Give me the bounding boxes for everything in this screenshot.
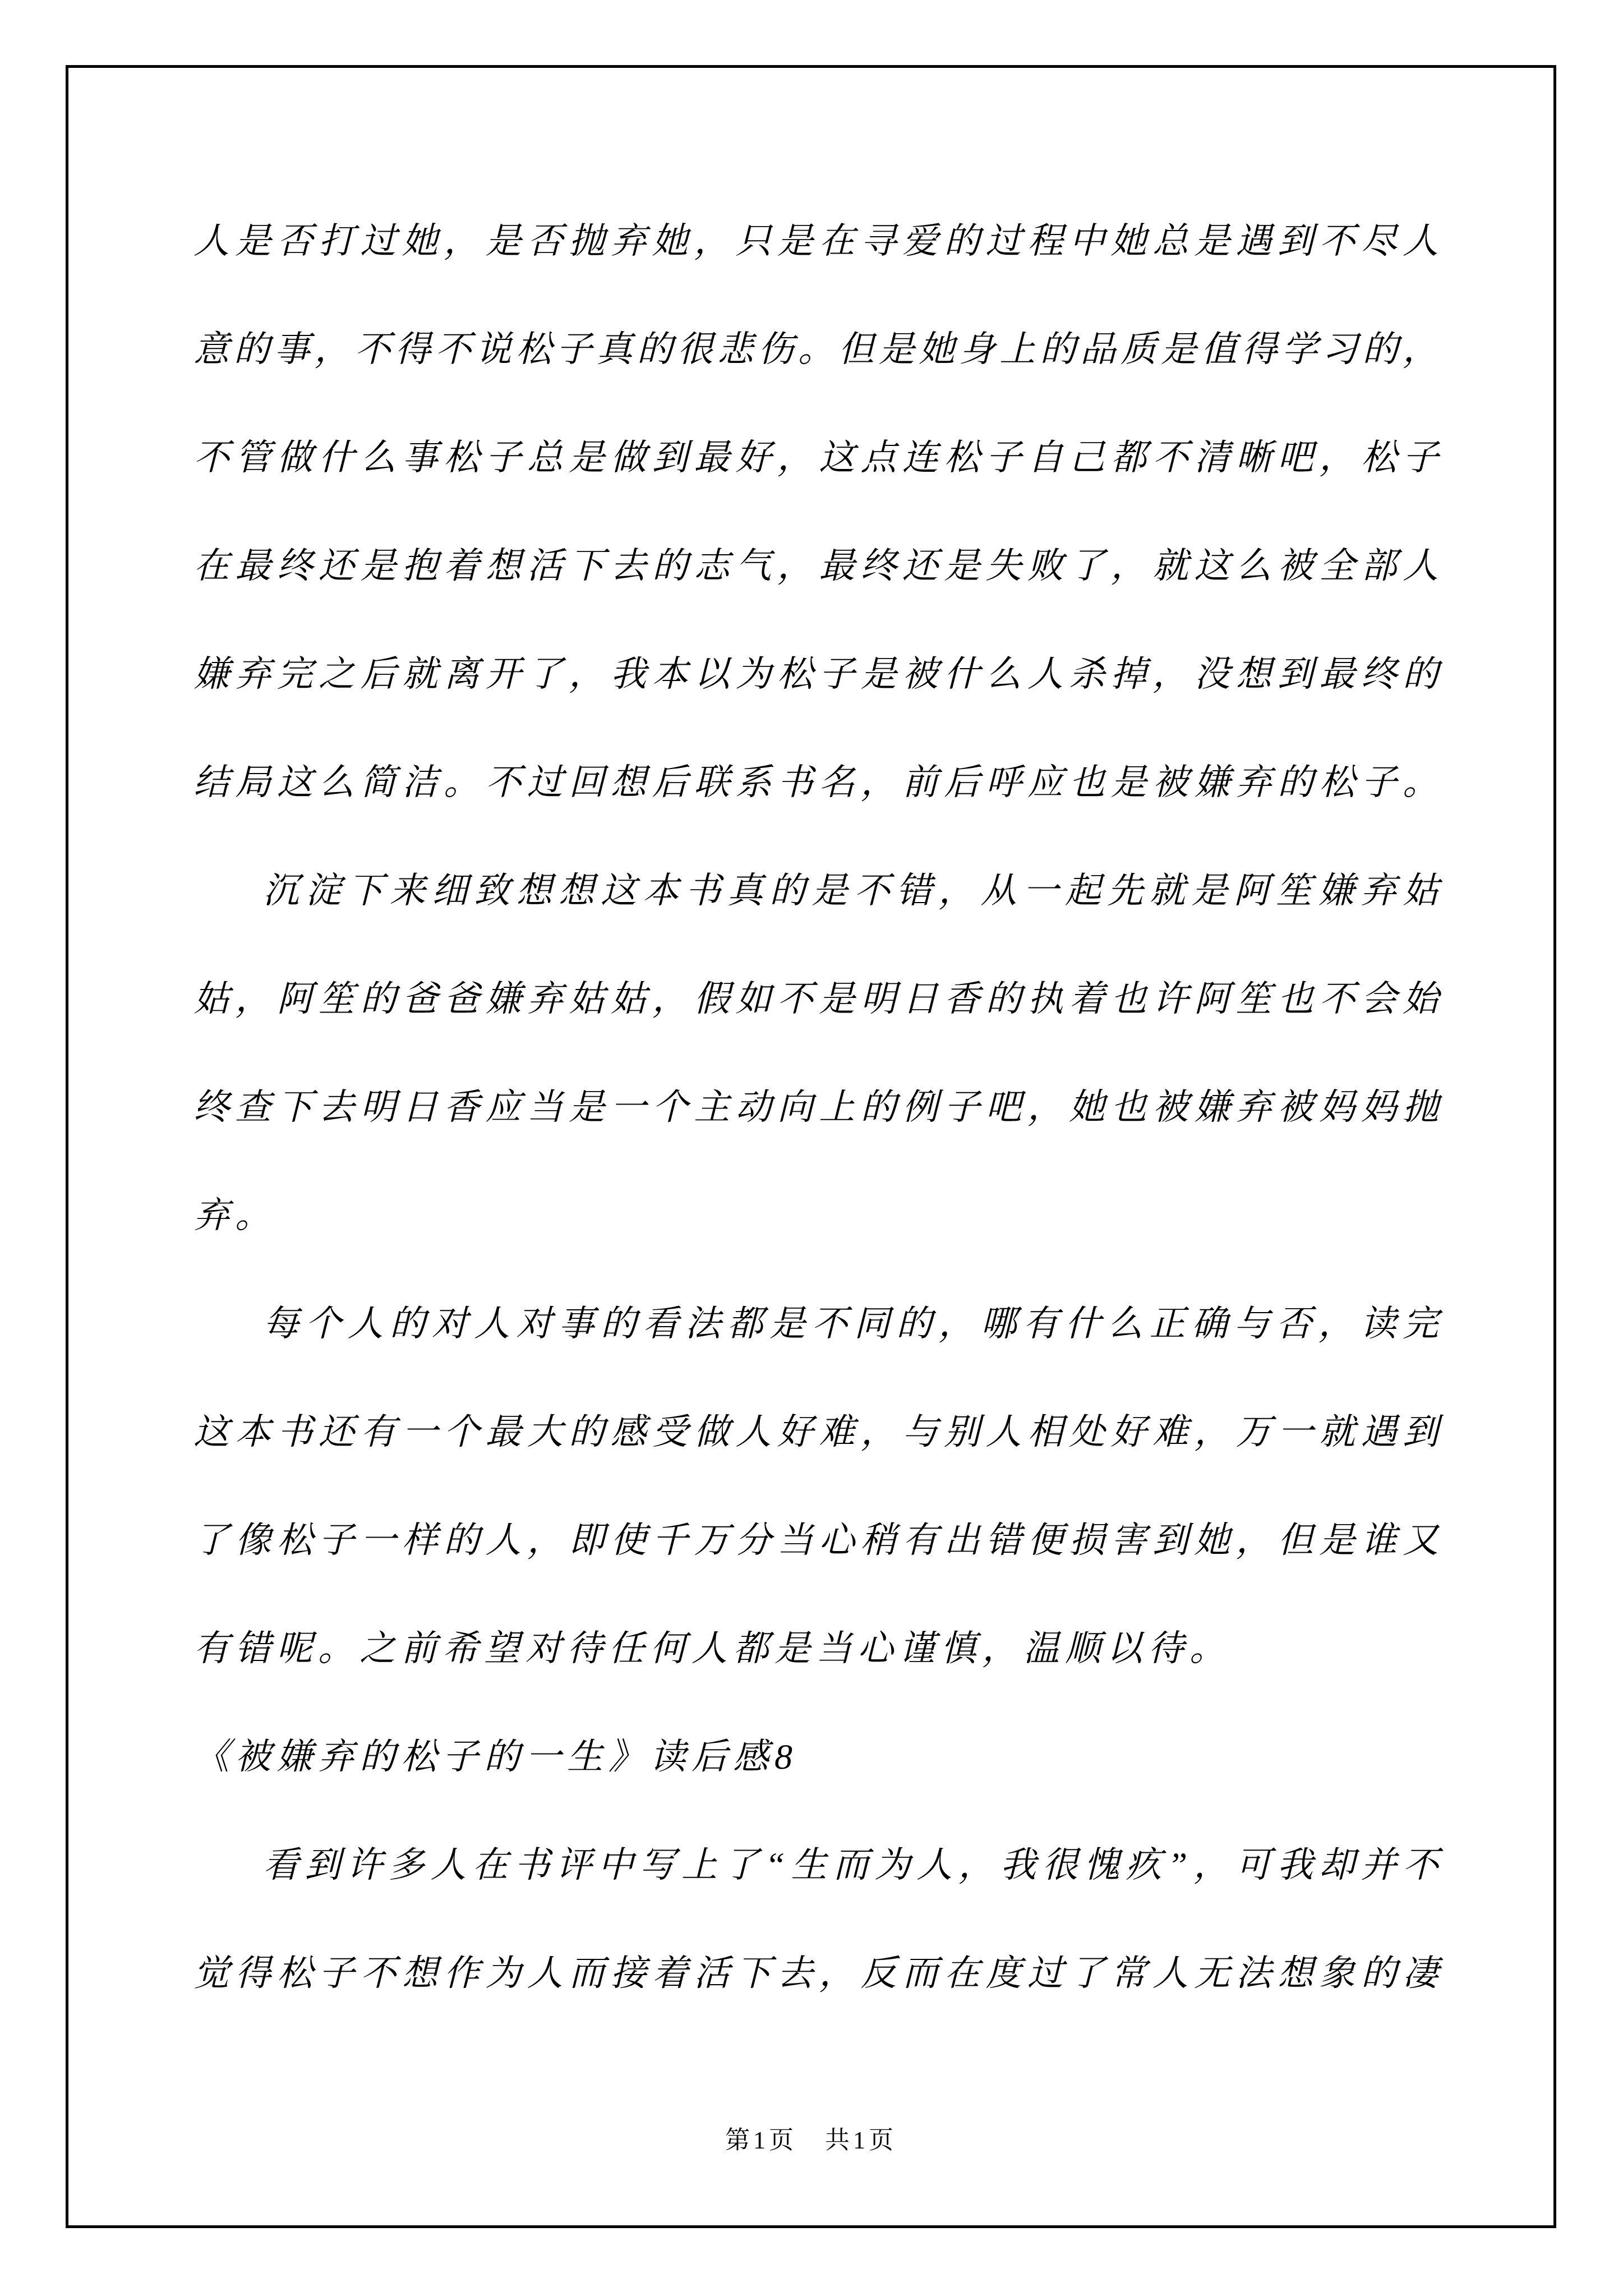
text-line: 了像松子一样的人，即使千万分当心稍有出错便损害到她，但是谁又 xyxy=(193,1486,1438,1594)
text-line: 有错呢。之前希望对待任何人都是当心谨慎，温顺以待。 xyxy=(193,1594,1438,1703)
text-line: 觉得松子不想作为人而接着活下去，反而在度过了常人无法想象的凄 xyxy=(193,1919,1438,2027)
text-line: 每个人的对人对事的看法都是不同的，哪有什么正确与否，读完 xyxy=(193,1269,1438,1378)
text-line: 意的事，不得不说松子真的很悲伤。但是她身上的品质是值得学习的， xyxy=(193,295,1438,403)
page-number-footer: 第1页 共1页 xyxy=(66,2124,1556,2157)
text-line: 看到许多人在书评中写上了“生而为人，我很愧疚”，可我却并不 xyxy=(193,1811,1438,1919)
text-line: 终查下去明日香应当是一个主动向上的例子吧，她也被嫌弃被妈妈抛 xyxy=(193,1053,1438,1161)
text-line: 嫌弃完之后就离开了，我本以为松子是被什么人杀掉，没想到最终的 xyxy=(193,620,1438,728)
text-line: 沉淀下来细致想想这本书真的是不错，从一起先就是阿笙嫌弃姑 xyxy=(193,836,1438,945)
text-line: 《被嫌弃的松子的一生》读后感8 xyxy=(193,1703,1438,1811)
text-line: 人是否打过她，是否抛弃她，只是在寻爱的过程中她总是遇到不尽人 xyxy=(193,187,1438,295)
text-line: 弃。 xyxy=(193,1161,1438,1269)
text-line: 在最终还是抱着想活下去的志气，最终还是失败了，就这么被全部人 xyxy=(193,512,1438,620)
text-line: 不管做什么事松子总是做到最好，这点连松子自己都不清晰吧，松子 xyxy=(193,403,1438,512)
text-line: 这本书还有一个最大的感受做人好难，与别人相处好难，万一就遇到 xyxy=(193,1378,1438,1486)
document-body: 人是否打过她，是否抛弃她，只是在寻爱的过程中她总是遇到不尽人意的事，不得不说松子… xyxy=(193,187,1438,2027)
text-line: 姑，阿笙的爸爸嫌弃姑姑，假如不是明日香的执着也许阿笙也不会始 xyxy=(193,945,1438,1053)
text-line: 结局这么简洁。不过回想后联系书名，前后呼应也是被嫌弃的松子。 xyxy=(193,728,1438,836)
